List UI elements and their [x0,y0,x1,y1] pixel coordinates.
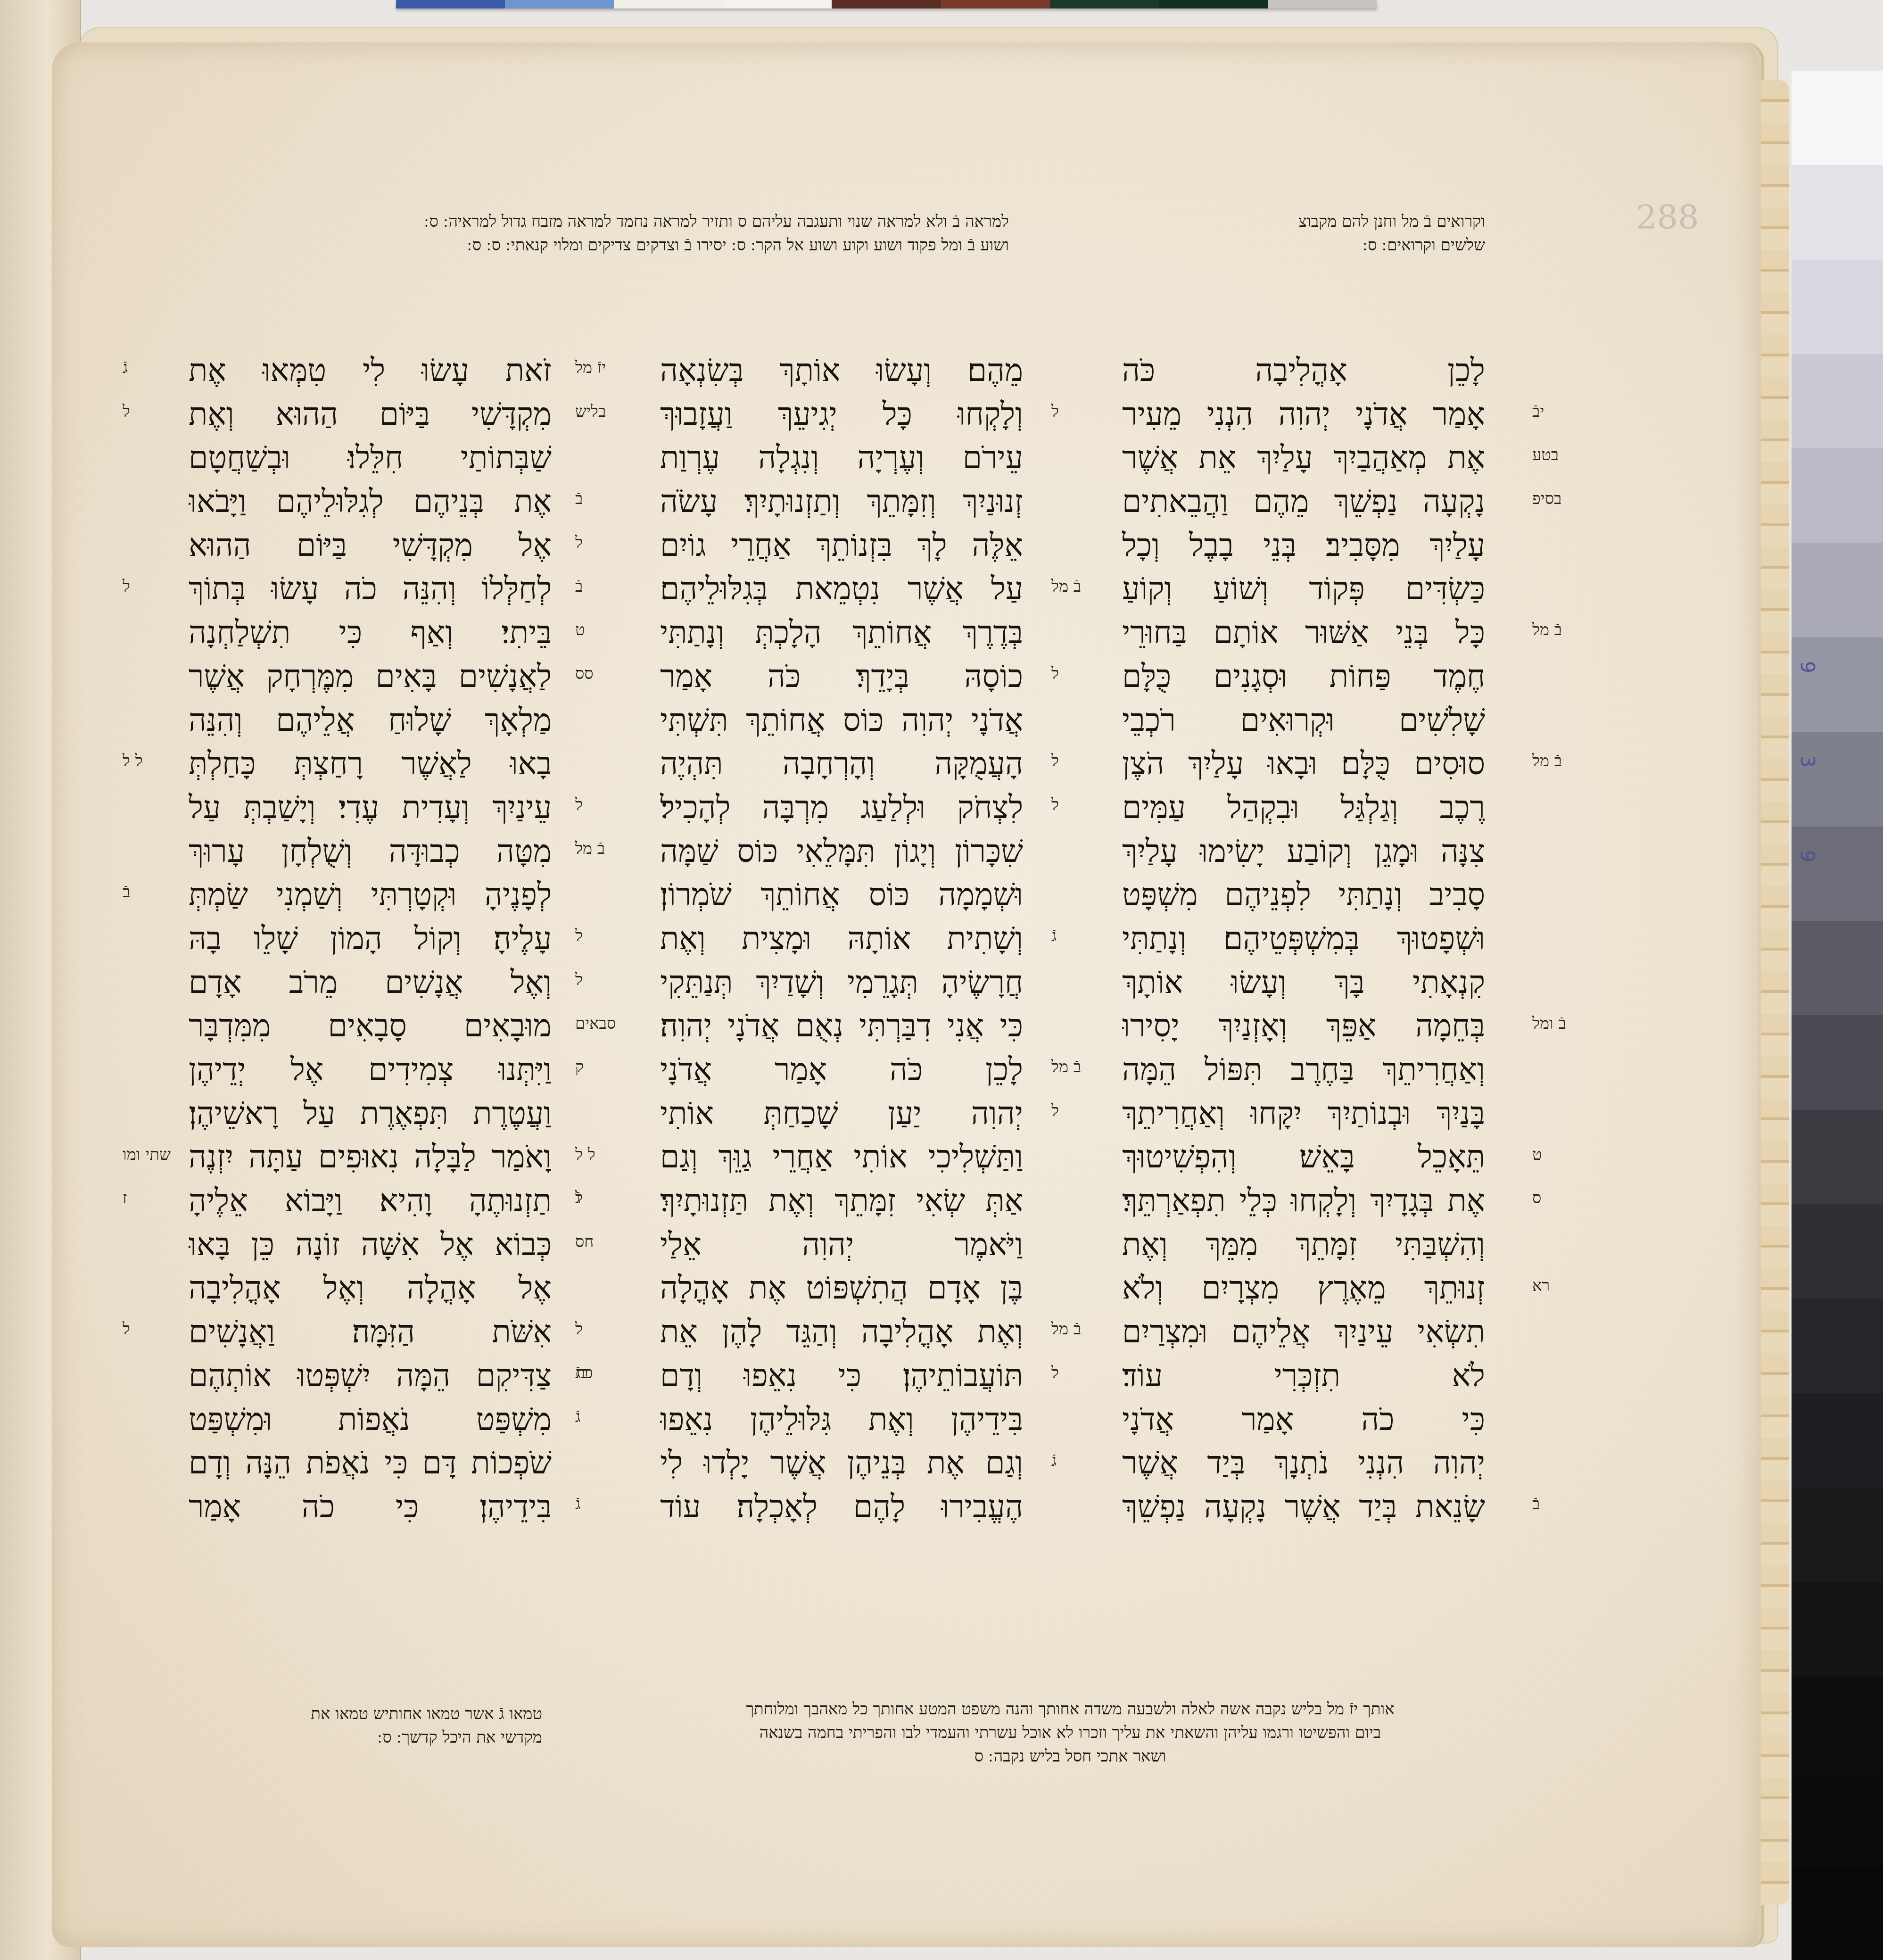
masorah-parva-note: גֿ [575,1189,580,1207]
text-line: וְאֶל אֲנָשִׁים מֵרֹב אָדָם [189,961,552,1005]
text-line: לָכֵן אָהֳלִיבָה כֹּה [1122,349,1485,393]
folio-number: 288 [1636,198,1699,237]
text-line: נָקְעָה נַפְשֵׁךְ מֵהֶם וַהֲבֵאתִים [1122,480,1485,524]
masorah-parva-note: גֿ [1051,1451,1057,1470]
gray-swatch: 9 [1792,637,1883,732]
text-line: אֶל אָהֳלָה וְאֶל אָהֳלִיבָה [189,1266,552,1310]
color-swatch [723,0,832,8]
masorah-parva-note: ל [123,577,130,596]
text-line: עֵינַיִךְ וְעָדִית עֶדִי׃ וְיָשַׁבְתְּ ע… [189,786,552,830]
text-line: בִּידֵיהֶן׃ כִּי כֹה אָמַר [189,1485,552,1529]
masorah-parva-note: גֿ [575,1495,580,1513]
gray-swatch [1792,1488,1883,1582]
text-column-right: לָכֵן אָהֳלִיבָה כֹּהאָמַר אֲדֹנָי יְהוִ… [1122,349,1485,1529]
masorah-parva-note: ל [1051,1364,1059,1382]
text-line: תּוֹעֲבוֹתֵיהֶן׃ כִּי נִאֵפוּ וְדָם [660,1354,1023,1398]
gray-swatch [1792,165,1883,259]
masorah-magna-top-right: וקרואים בֿ מל וחנן להם מקבוצ שלשים וקרוא… [1193,210,1485,257]
gray-swatch [1792,1110,1883,1204]
text-line: כָּל בְּנֵי אַשּׁוּר אוֹתָם בַּחוּרֵי [1122,611,1485,655]
text-line: לֹא תִזְכְּרִי עוֹד׃ [1122,1354,1485,1398]
masorah-parva-note: ל [575,1320,583,1339]
text-line: בִּידֵיהֶן וְאֶת גִּלּוּלֵיהֶן נִאֵפוּ [660,1398,1023,1442]
text-line: שִׁכָּרוֹן וְיָגוֹן תִּמָּלֵאִי כּוֹס שַ… [660,830,1023,874]
text-line: כְּבוֹא אֶל אִשָּׁה זוֹנָה כֵּן בָּאוּ [189,1223,552,1267]
text-line: אֶת בְּנֵיהֶם לְגִלּוּלֵיהֶם וַיָּבֹאוּ [189,480,552,524]
masorah-parva-note: ל [123,1320,130,1339]
color-swatch [614,0,723,8]
text-line: שָׁלִשִׁים וּקְרוּאִים רֹכְבֵי [1122,699,1485,743]
gray-swatch [1792,354,1883,448]
swatch-label: 3 [1796,756,1818,768]
masorah-parva-note: חס [575,1232,594,1251]
mm-line: למראה בֿ ולא למראה שנוי ותעגבה עליהם ס ו… [198,210,1009,233]
text-line: וְלָקְחוּ כָּל יְגִיעֵךְ וַעֲזָבוּךְ [660,393,1023,437]
mm-line: שלשים וקרואים ׃ ס ׃ [1193,233,1485,257]
color-calibration-strip [396,0,1377,8]
masorah-parva-note: ל [1051,664,1059,683]
text-line: עֵירֹם וְעֶרְיָה וְנִגְלָה עֶרְוַת [660,436,1023,480]
text-line: זֹאת עָשׂוּ לִי טִמְּאוּ אֶת [189,349,552,393]
text-line: בֵּיתִי׃ וְאַף כִּי תִשְׁלַחְנָה [189,611,552,655]
text-line: רֶכֶב וְגַלְגַּל וּבִקְהַל עַמִּים [1122,786,1485,830]
text-line: כוֹסָהּ בְּיָדֵךְ׃ כֹּה אָמַר [660,655,1023,699]
mm-line: מקדשי את היכל קדשך ׃ ס ׃ [236,1726,542,1749]
text-line: אַתְּ שְׂאִי זִמָּתֵךְ וְאֶת תַּזְנוּתָי… [660,1179,1023,1223]
masorah-parva-note: בֿ מל [1051,1058,1081,1076]
text-line: תֵּאָכֵל בָּאֵשׁ׃ וְהִפְשִׁיטוּךְ [1122,1135,1485,1179]
text-line: וְהִשְׁבַּתִּי זִמָּתֵךְ מִמֵּךְ וְאֶת [1122,1223,1485,1267]
mm-line: ושוע בֿ ומל פקוד ושוע וקוע ושוע אל הקר ׃… [198,233,1009,257]
text-line: אֶת בְּגָדָיִךְ וְלָקְחוּ כְּלֵי תִפְאַר… [1122,1179,1485,1223]
masorah-magna-top-left: למראה בֿ ולא למראה שנוי ותעגבה עליהם ס ו… [198,210,1009,257]
text-line: אֲדֹנָי יְהוִה כּוֹס אֲחוֹתֵךְ תִּשְׁתִּ… [660,699,1023,743]
masorah-parva-note: בסיפ [1532,489,1561,508]
text-line: צִנָּה וּמָגֵן וְקוֹבַע יָשִׂימוּ עָלַיִ… [1122,830,1485,874]
gray-swatch [1792,1677,1883,1771]
text-line: שֹׁפְכוֹת דָּם כִּי נֹאֲפֹת הֵנָּה וְדָם [189,1441,552,1485]
mm-line: אותך יזֿ מל בליש נקבה אשה לאלה ולשבעה מש… [651,1697,1490,1721]
text-line: חֶמֶד פַּחוֹת וּסְגָנִים כֻּלָּם [1122,655,1485,699]
text-line: שָׂנֵאת בְּיַד אֲשֶׁר נָקְעָה נַפְשֵׁךְ [1122,1485,1485,1529]
text-line: מִקְדָּשִׁי בַּיּוֹם הַהוּא וְאֶת [189,393,552,437]
swatch-label: 9 [1796,661,1818,673]
masorah-parva-note: יזֿ מל [575,358,606,377]
masorah-parva-note: ל [1051,752,1059,770]
text-line: קִנְאָתִי בָּךְ וְעָשׂוּ אוֹתָךְ [1122,961,1485,1005]
text-line: אָמַר אֲדֹנָי יְהוִה הִנְנִי מֵעִיר [1122,393,1485,437]
text-line: אֶל מִקְדָּשִׁי בַּיּוֹם הַהוּא [189,524,552,568]
text-line: אִשֹּׁת הַזִּמָּה׃ וַאֲנָשִׁים [189,1310,552,1354]
text-line: מוּבָאִים סָבָאִים מִמִּדְבָּר [189,1004,552,1048]
masorah-parva-note: ק [575,1058,584,1076]
masorah-parva-note: בֿ ומל [1532,1014,1566,1033]
mm-line: וקרואים בֿ מל וחנן להם מקבוצ [1193,210,1485,233]
text-line: שַׁבְּתוֹתַי חִלֵּלוּ׃ וּבְשַׁחֲטָם [189,436,552,480]
gray-swatch [1792,1393,1883,1488]
text-line: מַלְאָךְ שָׁלוּחַ אֲלֵיהֶם וְהִנֵּה [189,699,552,743]
masorah-magna-bottom-left: טמאו גֿ אשר טמאו אחותיש טמאו את מקדשי את… [236,1702,542,1749]
color-swatch [1268,0,1377,8]
masorah-parva-note: ל ל [575,1145,595,1164]
masorah-magna-bottom-center: אותך יזֿ מל בליש נקבה אשה לאלה ולשבעה מש… [651,1697,1490,1768]
gray-swatch [1792,1204,1883,1298]
masorah-parva-note: סבאים [575,1014,616,1033]
text-line: סָבִיב וְנָתַתִּי לִפְנֵיהֶם מִשְׁפָּט [1122,873,1485,917]
text-line: מִטָּה כְבוּדָּה וְשֻׁלְחָן עָרוּךְ [189,830,552,874]
color-swatch [941,0,1050,8]
masorah-parva-note: בֿ מל [1051,577,1081,596]
gray-swatch [1792,1866,1883,1960]
text-line: כִּי כֹה אָמַר אֲדֹנָי [1122,1398,1485,1442]
text-line: וּשְׁמָמָה כּוֹס אֲחוֹתֵךְ שֹׁמְרוֹן׃ [660,873,1023,917]
gray-swatch [1792,543,1883,637]
masorah-parva-note: יבֿ [1532,402,1544,421]
masorah-parva-note: ל [575,533,583,552]
text-line: וּשְׁפָטוּךְ בְּמִשְׁפְּטֵיהֶם׃ וְנָתַתִ… [1122,917,1485,961]
gray-swatch [1792,1298,1883,1393]
text-line: כַּשְׂדִּים פְּקוֹד וְשׁוֹעַ וְקוֹעַ [1122,567,1485,611]
text-line: בֶּן אָדָם הֲתִשְׁפּוֹט אֶת אָהֳלָה [660,1266,1023,1310]
mm-line: ביום והפשיטו ורגמו עליהן והשאתי את עליך … [651,1721,1490,1745]
masorah-parva-note: ל [1051,402,1059,421]
text-line: וַיֹּאמֶר יְהוִה אֵלַי [660,1223,1023,1267]
masorah-parva-note: בֿ מל [1051,1320,1081,1339]
masorah-parva-note: ט [1532,1145,1542,1164]
text-column-left: זֹאת עָשׂוּ לִי טִמְּאוּ אֶתמִקְדָּשִׁי … [189,349,552,1529]
gray-swatch: 3 [1792,732,1883,826]
text-line: תַזְנוּתֶהָ וָהִיא׃ וַיָּבוֹא אֵלֶיהָ [189,1179,552,1223]
masorah-parva-note: בֿ מל [1532,752,1562,770]
text-line: וְגַם אֶת בְּנֵיהֶן אֲשֶׁר יָלְדוּ לִי [660,1441,1023,1485]
text-line: יְהוִה הִנְנִי נֹתְנָךְ בְּיַד אֲשֶׁר [1122,1441,1485,1485]
text-line: בְּדֶרֶךְ אֲחוֹתֵךְ הָלָכְתְּ וְנָתַתִּי [660,611,1023,655]
text-line: זְנוּנַיִךְ וְזִמָּתֵךְ וְתַזְנוּתָיִךְ׃… [660,480,1023,524]
masorah-parva-note: סס [575,664,594,683]
masorah-parva-note: ז [123,1189,127,1207]
text-line: וַעֲטֶרֶת תִּפְאֶרֶת עַל רָאשֵׁיהֶן׃ [189,1092,552,1136]
gray-swatch [1792,1015,1883,1109]
text-line: לִצְחֹק וּלְלַעַג מִרְבָּה לְהָכִיל׃ [660,786,1023,830]
color-swatch [832,0,941,8]
text-line: מֵהֶם׃ וְעָשׂוּ אוֹתָךְ בְּשִׂנְאָה [660,349,1023,393]
text-line: וְאַחֲרִיתֵךְ בַּחֶרֶב תִּפּוֹל הֵמָּה [1122,1048,1485,1092]
masorah-parva-note: רא [1532,1276,1550,1295]
masorah-parva-note: בֿ [575,489,583,508]
text-line: כִּי אֲנִי דִבַּרְתִּי נְאֻם אֲדֹנָי יְה… [660,1004,1023,1048]
text-line: צַדִּיקִם הֵמָּה יִשְׁפְּטוּ אוֹתְהֶם [189,1354,552,1398]
mm-line: טמאו גֿ אשר טמאו אחותיש טמאו את [236,1702,542,1726]
masorah-parva-note: ל [575,970,583,989]
text-line: זְנוּתֵךְ מֵאֶרֶץ מִצְרָיִם וְלֹא [1122,1266,1485,1310]
masorah-parva-note: בֿ [123,883,130,901]
masorah-parva-note: גֿ [123,358,128,377]
color-swatch [1050,0,1159,8]
text-line: לְפָנֶיהָ וּקְטָרְתִּי וְשַׁמְנִי שַׂמְת… [189,873,552,917]
text-line: לְחַלְּלוֹ וְהִנֵּה כֹה עָשׂוּ בְּתוֹךְ [189,567,552,611]
text-line: סוּסִים כֻּלָּם׃ וּבָאוּ עָלַיִךְ הֹצֶן [1122,742,1485,786]
gray-swatch [1792,448,1883,543]
text-line: אֶת מְאַהֲבַיִךְ עָלַיִךְ אֵת אֲשֶׁר [1122,436,1485,480]
masorah-parva-note: בטע [1532,446,1559,464]
text-line: הֶעֱבִירוּ לָהֶם לְאָכְלָה׃ עוֹד [660,1485,1023,1529]
text-line: וְאֶת אָהֳלִיבָה וְהַגֵּד לָהֶן אֵת [660,1310,1023,1354]
text-line: אֵלֶּה לָךְ בִּזְנוֹתֵךְ אַחֲרֵי גוֹיִם [660,524,1023,568]
masorah-parva-note: ט [575,620,585,639]
masorah-parva-note: ל [1051,1101,1059,1120]
gray-swatch [1792,921,1883,1015]
text-line: עַל אֲשֶׁר נִטְמֵאת בְּגִלּוּלֵיהֶם׃ [660,567,1023,611]
text-line: הָעֲמֻקָּה וְהָרְחָבָה תִּהְיֶה [660,742,1023,786]
gray-swatch: 9 [1792,827,1883,921]
text-line: עָלַיִךְ מִסָּבִיב׃ בְּנֵי בָבֶל וְכָל [1122,524,1485,568]
masorah-parva-note: גֿ [1051,926,1057,945]
masorah-parva-note: בֿ מל [1532,620,1562,639]
text-line: חֲרָשֶׂיהָ תְּגָרֵמִי וְשָׁדַיִךְ תְּנַת… [660,961,1023,1005]
masorah-parva-note: ל [1051,795,1059,814]
color-swatch [505,0,614,8]
gray-swatch [1792,1582,1883,1677]
text-line: בָּנַיִךְ וּבְנוֹתַיִךְ יִקָּחוּ וְאַחֲר… [1122,1092,1485,1136]
mm-line: ושאר אתכי חסל בליש נקבה ׃ ס [651,1745,1490,1768]
color-swatch [396,0,505,8]
masorah-parva-note: בליש [575,402,606,421]
masorah-parva-note: בֿ [1532,1495,1540,1513]
text-line: עָלֶיהָ׃ וְקוֹל הָמוֹן שָׁלֵו בָהּ [189,917,552,961]
masorah-parva-note: ס [1532,1189,1541,1207]
text-line: תִשְׂאִי עֵינַיִךְ אֲלֵיהֶם וּמִצְרַיִם [1122,1310,1485,1354]
gray-swatch [1792,260,1883,354]
text-column-middle: מֵהֶם׃ וְעָשׂוּ אוֹתָךְ בְּשִׂנְאָהוְלָק… [660,349,1023,1529]
text-line: לַאֲנָשִׁים בָּאִים מִמֶּרְחָק אֲשֶׁר [189,655,552,699]
swatch-label: 9 [1796,850,1818,862]
masorah-parva-note: ל [575,926,583,945]
masorah-parva-note: ל ל [123,752,143,770]
text-line: מִשְׁפַּט נֹאֲפוֹת וּמִשְׁפַּט [189,1398,552,1442]
masorah-parva-note: ל [123,402,130,421]
masorah-parva-note: גֿ [575,1407,580,1426]
grayscale-calibration-target: 939 [1792,71,1883,1960]
masorah-parva-note: ל [575,795,583,814]
page-fore-edge [1761,80,1789,1905]
text-line: וַיִּתְּנוּ צְמִידִים אֶל יְדֵיהֶן [189,1048,552,1092]
masorah-parva-note: בֿ מל [575,839,605,858]
masorah-parva-note: שתי ומו [123,1145,171,1164]
masorah-parva-note: בֿ [575,577,583,596]
text-line: בְּחֵמָה אַפֵּךְ וְאָזְנַיִךְ יָסִירוּ [1122,1004,1485,1048]
text-line: וְשָׁתִית אוֹתָהּ וּמָצִית וְאֶת [660,917,1023,961]
gray-swatch [1792,1771,1883,1865]
text-line: וָאֹמַר לַבָּלָה נִאוּפִים עַתָּה יִזְנֶ… [189,1135,552,1179]
text-line: לָכֵן כֹּה אָמַר אֲדֹנָי [660,1048,1023,1092]
color-swatch [1159,0,1268,8]
text-line: בָאוּ לַאֲשֶׁר רָחַצְתְּ כָּחַלְתְּ [189,742,552,786]
text-line: וַתַּשְׁלִיכִי אוֹתִי אַחֲרֵי גַוֵּךְ וְ… [660,1135,1023,1179]
gray-swatch [1792,71,1883,165]
masorah-parva-note: בגֿ [575,1364,588,1382]
text-line: יְהוִה יַעַן שָׁכַחַתְּ אוֹתִי [660,1092,1023,1136]
